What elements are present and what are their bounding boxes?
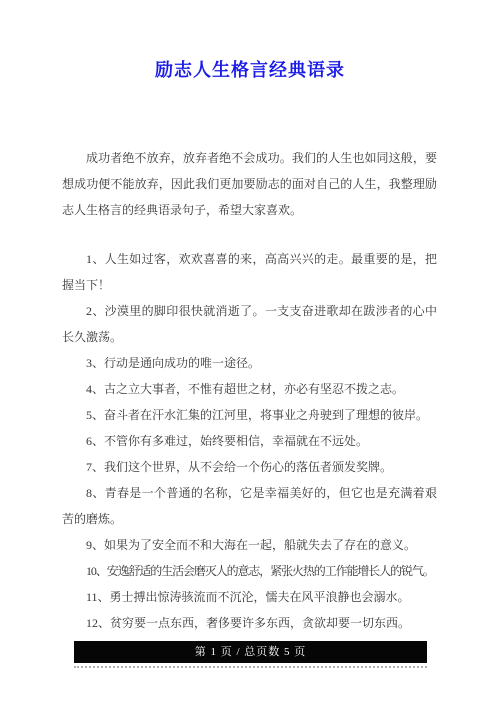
quote-item-4: 4、古之立大事者，不惟有超世之材，亦必有坚忍不拨之志。 [62,376,437,402]
quote-item-1: 1、人生如过客，欢欢喜喜的来，高高兴兴的走。最重要的是，把握当下！ [62,246,437,298]
quote-item-10: 10、安逸舒适的生活会磨灭人的意志，紧张火热的工作能增长人的锐气。 [62,558,437,584]
page-footer: 第 1 页 / 总页数 5 页 [74,641,427,668]
quote-item-3: 3、行动是通向成功的唯一途径。 [62,350,437,376]
intro-paragraph: 成功者绝不放弃，放弃者绝不会成功。我们的人生也如同这般，要想成功便不能放弃，因此… [62,145,437,223]
page-title: 励志人生格言经典语录 [0,58,500,82]
footer-shadow-line [74,666,427,668]
page-number-bar: 第 1 页 / 总页数 5 页 [74,641,427,663]
quote-item-6: 6、不管你有多难过，始终要相信，幸福就在不远处。 [62,428,437,454]
quote-item-5: 5、奋斗者在汗水汇集的江河里，将事业之舟驶到了理想的彼岸。 [62,402,437,428]
document-body: 成功者绝不放弃，放弃者绝不会成功。我们的人生也如同这般，要想成功便不能放弃，因此… [62,145,437,636]
quote-item-9: 9、如果为了安全而不和大海在一起，船就失去了存在的意义。 [62,532,437,558]
document-page: 励志人生格言经典语录 成功者绝不放弃，放弃者绝不会成功。我们的人生也如同这般，要… [0,0,500,707]
quote-item-11: 11、勇士搏出惊涛骇流而不沉沦，懦夫在风平浪静也会溺水。 [62,584,437,610]
quote-item-12: 12、贫穷要一点东西，奢侈要许多东西，贪欲却要一切东西。 [62,610,437,636]
quote-item-2: 2、沙漠里的脚印很快就消逝了。一支支奋进歌却在跋涉者的心中长久激荡。 [62,298,437,350]
quote-item-8: 8、青春是一个普通的名称，它是幸福美好的，但它也是充满着艰苦的磨炼。 [62,480,437,532]
quote-item-7: 7、我们这个世界，从不会给一个伤心的落伍者颁发奖牌。 [62,454,437,480]
